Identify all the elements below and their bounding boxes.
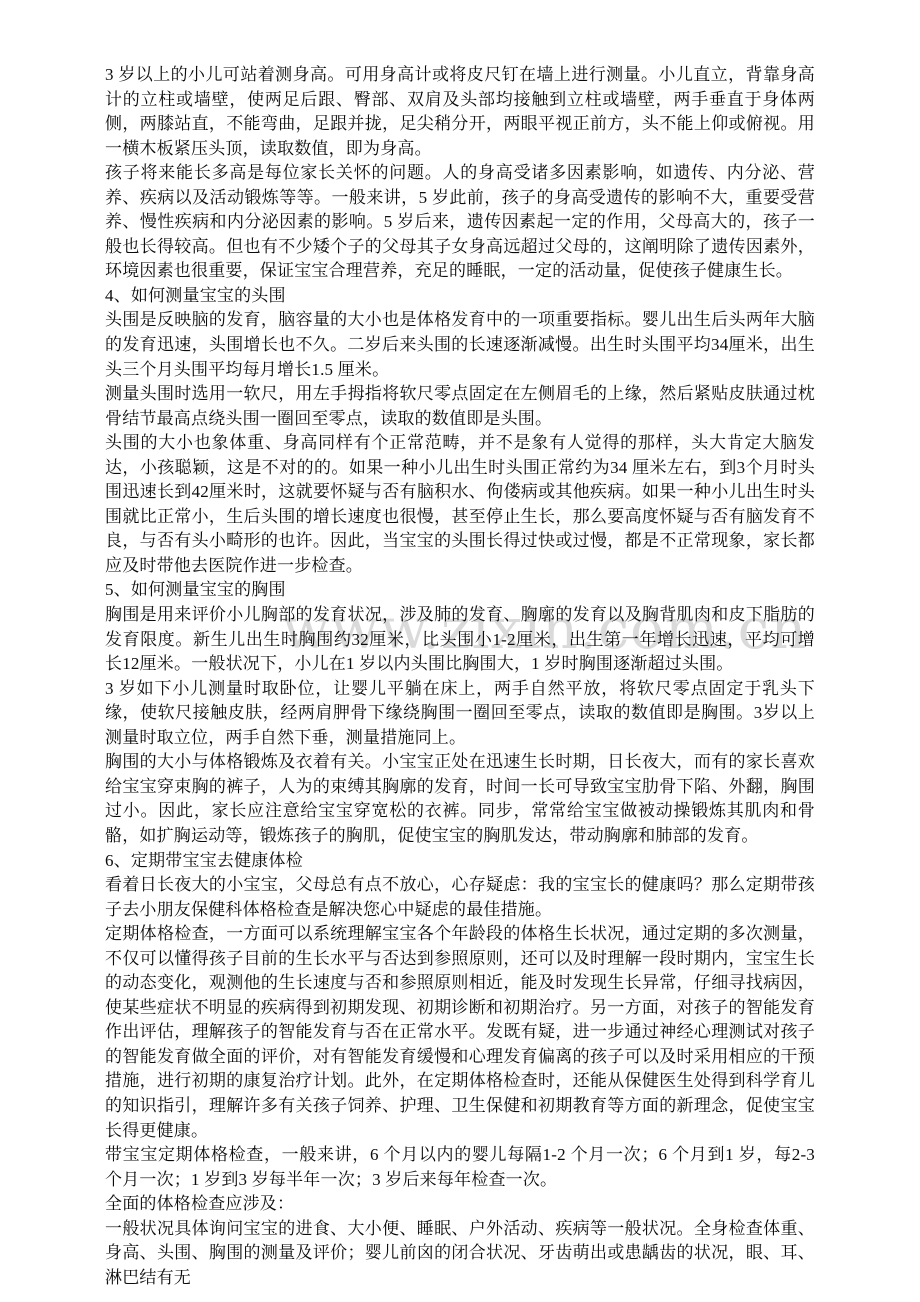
paragraph-checkup-scope-detail: 一般状况具体询问宝宝的进食、大小便、睡眠、户外活动、疾病等一般状况。全身检查体重… [105, 1217, 815, 1291]
paragraph-height-factors: 孩子将来能长多高是每位家长关怀的问题。人的身高受诸多因素影响，如遗传、内分泌、营… [105, 161, 815, 284]
paragraph-head-normal-range: 头围的大小也象体重、身高同样有个正常范畴，并不是象有人觉得的那样，头大肯定大脑发… [105, 431, 815, 578]
section-heading-5-chest-circumference: 5、如何测量宝宝的胸围 [105, 578, 815, 603]
section-heading-6-health-checkup: 6、定期带宝宝去健康体检 [105, 849, 815, 874]
paragraph-checkup-scope-intro: 全面的体格检查应涉及： [105, 1192, 815, 1217]
paragraph-head-growth: 头围是反映脑的发育，脑容量的大小也是体格发育中的一项重要指标。婴儿出生后头两年大… [105, 308, 815, 382]
document-page: www.zixin.com.cn 3 岁以上的小儿可站着测身高。可用身高计或将皮… [0, 0, 920, 1302]
paragraph-chest-measure-method: 3 岁如下小儿测量时取卧位，让婴儿平躺在床上，两手自然平放，将软尺零点固定于乳头… [105, 677, 815, 751]
paragraph-height-measure-method: 3 岁以上的小儿可站着测身高。可用身高计或将皮尺钉在墙上进行测量。小儿直立，背靠… [105, 63, 815, 161]
paragraph-chest-exercise: 胸围的大小与体格锻炼及衣着有关。小宝宝正处在迅速生长时期，日长夜大，而有的家长喜… [105, 750, 815, 848]
paragraph-checkup-benefits: 定期体格检查，一方面可以系统理解宝宝各个年龄段的体格生长状况，通过定期的多次测量… [105, 922, 815, 1143]
paragraph-chest-overview: 胸围是用来评价小儿胸部的发育状况，涉及肺的发育、胸廓的发育以及胸背肌肉和皮下脂肪… [105, 603, 815, 677]
paragraph-head-measure-method: 测量头围时选用一软尺，用左手拇指将软尺零点固定在左侧眉毛的上缘，然后紧贴皮肤通过… [105, 382, 815, 431]
section-heading-4-head-circumference: 4、如何测量宝宝的头围 [105, 284, 815, 309]
paragraph-checkup-intro: 看着日长夜大的小宝宝，父母总有点不放心，心存疑虑：我的宝宝长的健康吗？那么定期带… [105, 873, 815, 922]
paragraph-checkup-frequency: 带宝宝定期体格检查，一般来讲，6 个月以内的婴儿每隔1-2 个月一次；6 个月到… [105, 1143, 815, 1192]
document-body: 3 岁以上的小儿可站着测身高。可用身高计或将皮尺钉在墙上进行测量。小儿直立，背靠… [0, 0, 920, 1290]
